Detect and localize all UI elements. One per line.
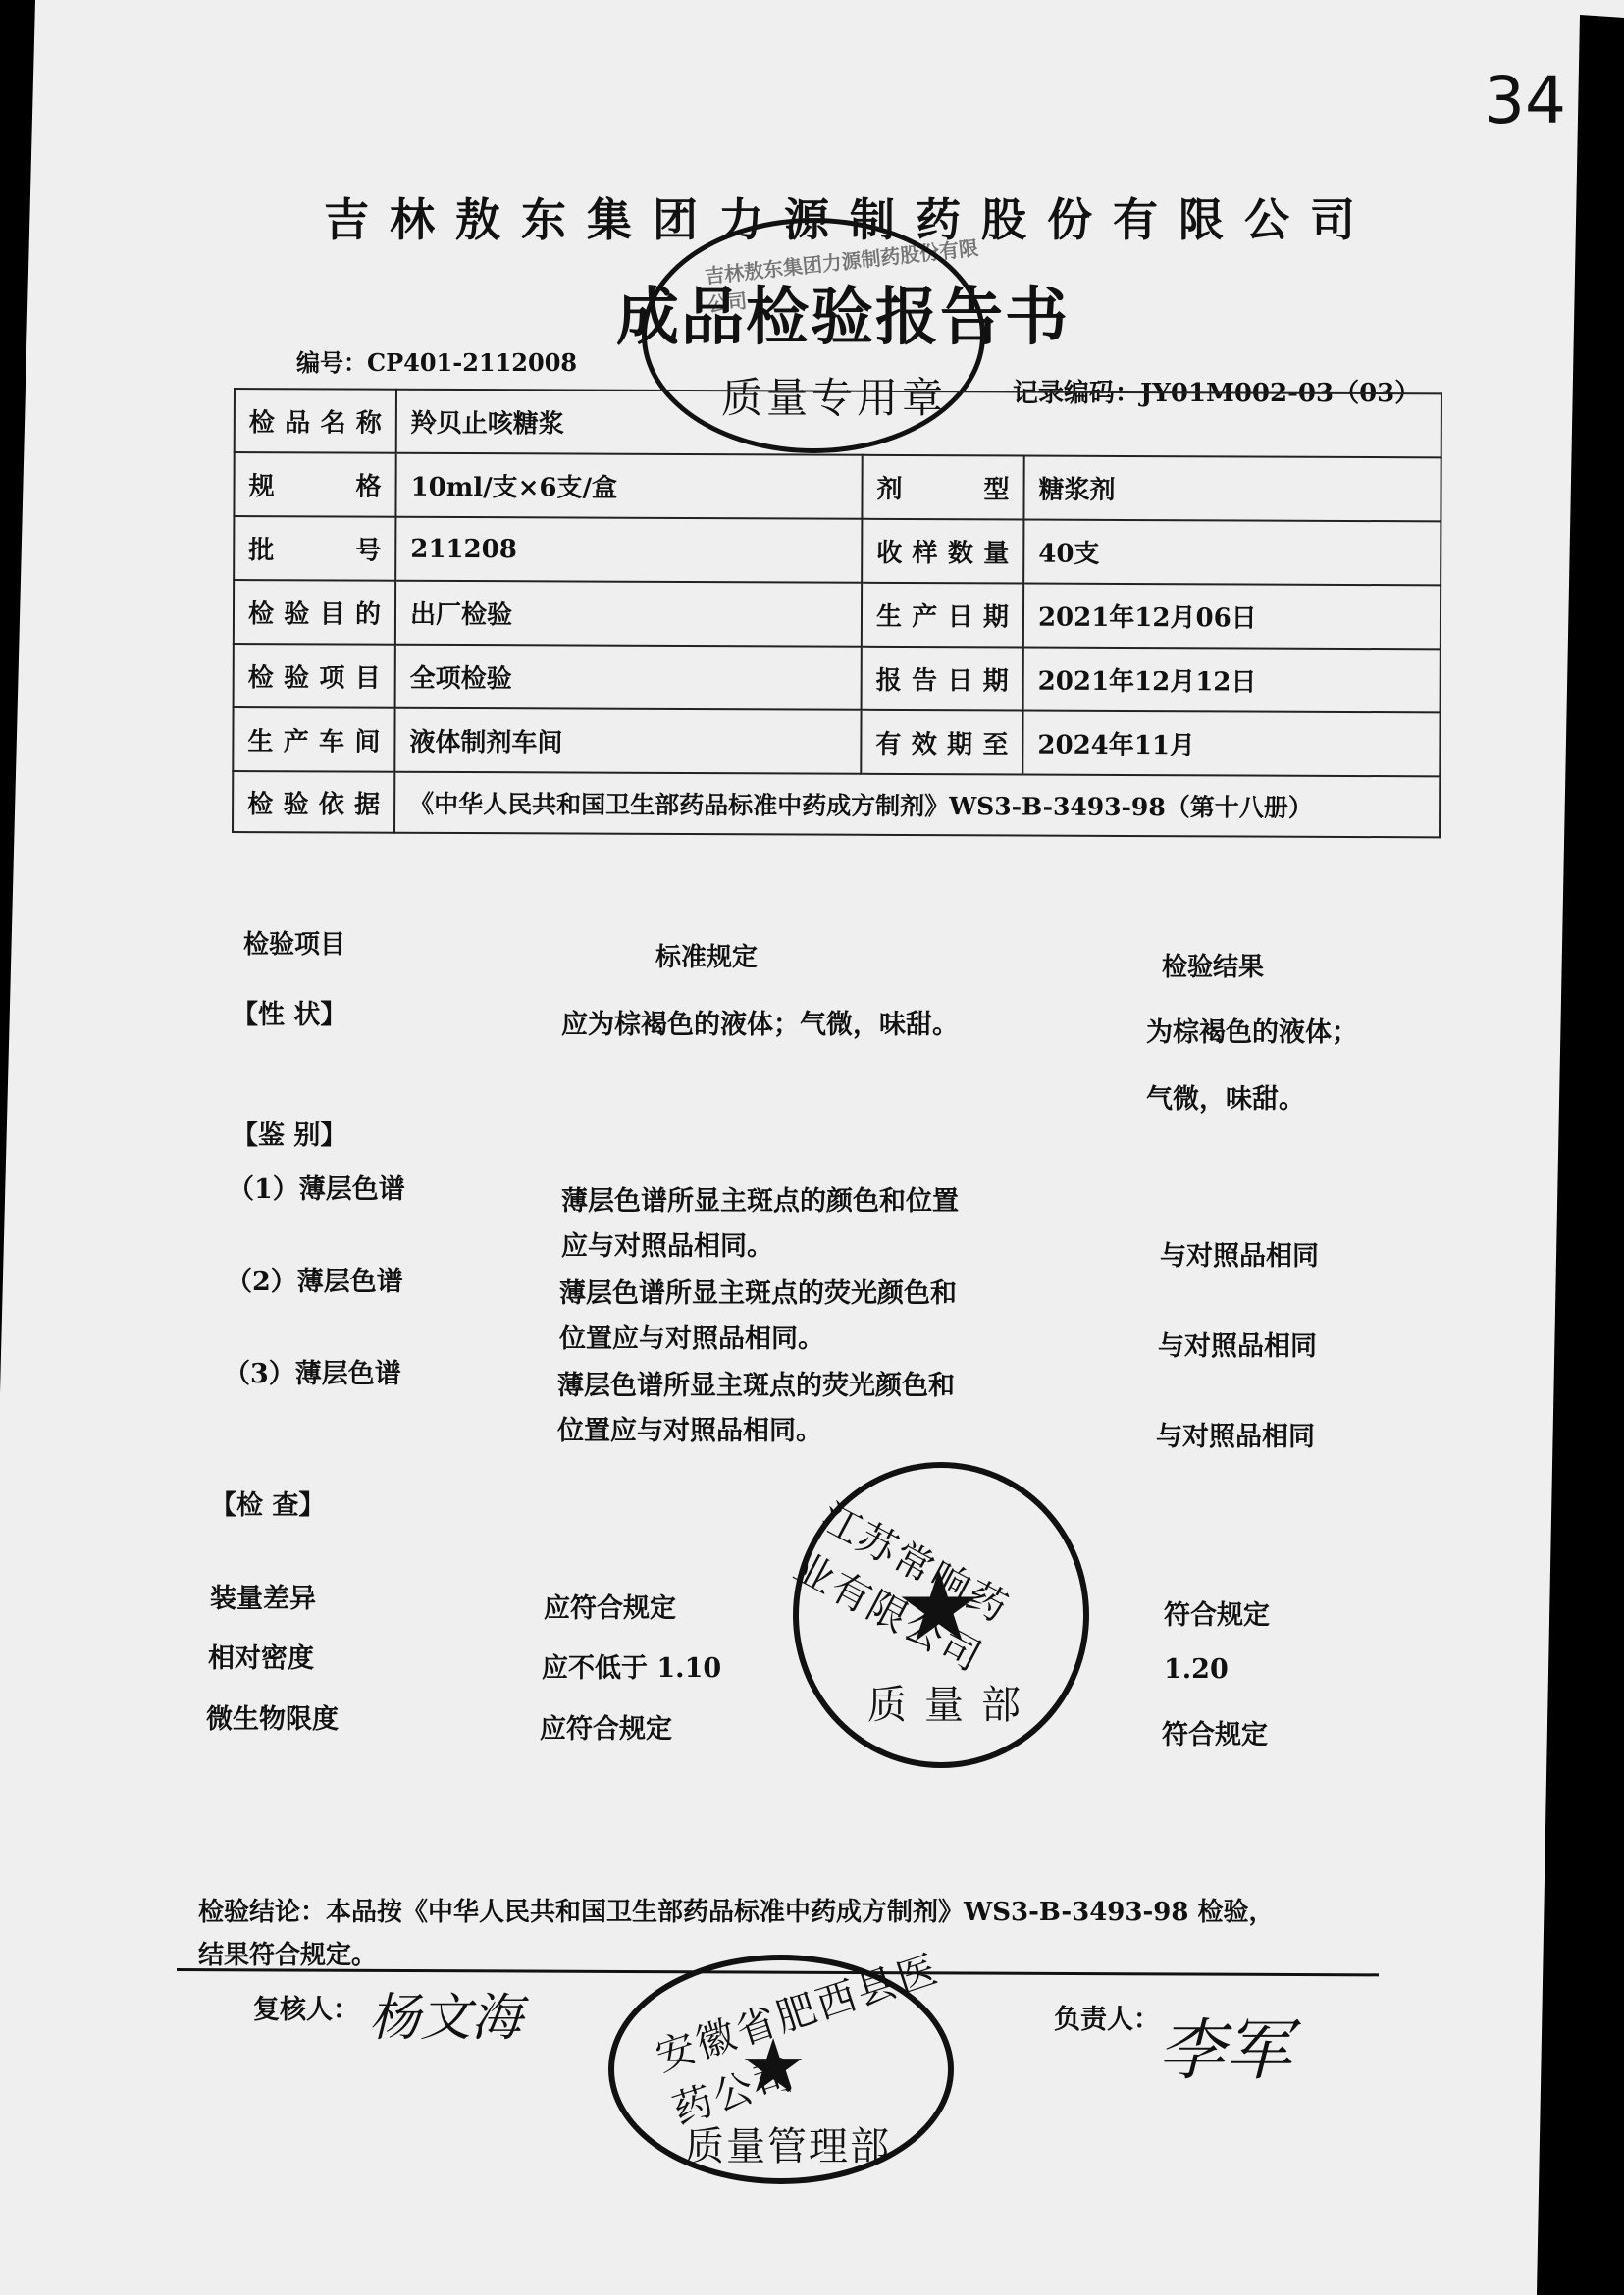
ident-2-item: （2）薄层色谱 — [226, 1260, 403, 1298]
table-row: 批号 211208 收样数量 40支 — [234, 516, 1441, 585]
purpose-value: 出厂检验 — [395, 581, 862, 647]
col-header-standard: 标准规定 — [655, 937, 758, 973]
batch-value: 211208 — [395, 517, 862, 583]
spec-label: 规格 — [234, 452, 395, 517]
section-appearance: 【性 状】 — [232, 993, 346, 1031]
inspect-3-item: 微生物限度 — [206, 1697, 339, 1736]
ident-1-result: 与对照品相同 — [1160, 1234, 1319, 1273]
appearance-standard: 应为棕褐色的液体；气微，味甜。 — [561, 1003, 959, 1041]
doc-number: 编号：CP401-2112008 — [296, 343, 577, 378]
product-name-value: 羚贝止咳糖浆 — [396, 390, 1441, 458]
ident-2-result: 与对照品相同 — [1158, 1325, 1317, 1363]
doc-number-value: CP401-2112008 — [367, 348, 577, 377]
inspect-1-result: 符合规定 — [1164, 1593, 1270, 1632]
items-value: 全项检验 — [395, 645, 862, 710]
section-inspection: 【检 查】 — [210, 1484, 325, 1522]
col-header-item: 检验项目 — [243, 924, 345, 961]
basis-value: 《中华人民共和国卫生部药品标准中药成方制剂》WS3-B-3493-98（第十八册… — [394, 772, 1440, 838]
ident-2-standard-line2: 位置应与对照品相同。 — [559, 1317, 824, 1355]
table-row: 规格 10ml/支×6支/盒 剂型 糖浆剂 — [234, 452, 1441, 521]
stamp-bottom-text: 质量管理部 — [685, 2115, 891, 2171]
inspect-2-result: 1.20 — [1164, 1654, 1229, 1685]
table-row: 检验项目 全项检验 报告日期 2021年12月12日 — [234, 644, 1441, 712]
table-row: 生产车间 液体制剂车间 有效期至 2024年11月 — [233, 707, 1440, 776]
expiry-value: 2024年11月 — [1022, 711, 1440, 777]
report-date-value: 2021年12月12日 — [1023, 648, 1441, 713]
expiry-label: 有效期至 — [861, 710, 1022, 775]
col-header-result: 检验结果 — [1162, 947, 1264, 983]
supplier-quality-stamp: 江苏常响药业有限公司 ★ 质量部 — [793, 1462, 1089, 1768]
stamp-bottom-text: 质量部 — [867, 1674, 1038, 1730]
inspect-1-standard: 应符合规定 — [544, 1587, 676, 1625]
dosage-form-label: 剂型 — [862, 455, 1023, 520]
appearance-result-line1: 为棕褐色的液体； — [1146, 1011, 1358, 1049]
prod-date-value: 2021年12月06日 — [1023, 584, 1441, 650]
workshop-value: 液体制剂车间 — [394, 708, 861, 774]
stamp-arc-text: 安徽省肥西县医药公司 — [648, 1936, 968, 2135]
items-label: 检验项目 — [234, 644, 395, 708]
sample-qty-label: 收样数量 — [862, 519, 1023, 584]
dosage-form-value: 糖浆剂 — [1023, 456, 1441, 522]
document-page: 34 吉林敖东集团力源制药股份有限公司 成品检验报告书 编号：CP401-211… — [0, 0, 1624, 2295]
product-name-label: 检品名称 — [235, 389, 396, 453]
ident-2-standard-line1: 薄层色谱所显主斑点的荧光颜色和 — [559, 1272, 957, 1310]
table-row: 检验目的 出厂检验 生产日期 2021年12月06日 — [234, 580, 1441, 649]
star-icon: ★ — [740, 2029, 807, 2104]
ident-1-standard-line2: 应与对照品相同。 — [561, 1225, 773, 1263]
ident-3-result: 与对照品相同 — [1156, 1415, 1315, 1453]
batch-label: 批号 — [234, 516, 395, 581]
manager-label: 负责人： — [1054, 1998, 1160, 2036]
report-date-label: 报告日期 — [862, 647, 1023, 711]
table-row: 检验依据 《中华人民共和国卫生部药品标准中药成方制剂》WS3-B-3493-98… — [233, 771, 1440, 837]
ident-1-standard-line1: 薄层色谱所显主斑点的颜色和位置 — [561, 1179, 959, 1218]
table-row: 检品名称 羚贝止咳糖浆 — [235, 389, 1441, 457]
reviewer-signature: 杨文海 — [369, 1976, 522, 2050]
inspect-2-standard: 应不低于 1.10 — [542, 1646, 721, 1685]
star-icon: ★ — [895, 1558, 983, 1656]
basis-label: 检验依据 — [233, 771, 394, 833]
purpose-label: 检验目的 — [234, 580, 395, 645]
ident-3-item: （3）薄层色谱 — [224, 1352, 401, 1390]
product-info-table: 检品名称 羚贝止咳糖浆 规格 10ml/支×6支/盒 剂型 糖浆剂 批号 211… — [232, 388, 1442, 838]
ident-3-standard-line1: 薄层色谱所显主斑点的荧光颜色和 — [557, 1364, 955, 1402]
conclusion-line2: 结果符合规定。 — [198, 1935, 377, 1971]
ident-1-item: （1）薄层色谱 — [228, 1168, 405, 1206]
stamp-arc-text: 吉林敖东集团力源制药股份有限公司 — [704, 233, 983, 318]
sample-qty-value: 40支 — [1023, 520, 1441, 586]
inspect-2-item: 相对密度 — [208, 1637, 314, 1675]
workshop-label: 生产车间 — [233, 707, 394, 772]
ident-3-standard-line2: 位置应与对照品相同。 — [557, 1409, 822, 1447]
conclusion-line1: 检验结论：本品按《中华人民共和国卫生部药品标准中药成方制剂》WS3-B-3493… — [198, 1892, 1275, 1928]
inspect-3-result: 符合规定 — [1162, 1713, 1268, 1751]
inspect-1-item: 装量差异 — [210, 1577, 316, 1615]
page-mark: 34 — [1484, 63, 1566, 138]
inspect-3-standard: 应符合规定 — [540, 1707, 672, 1746]
manager-signature: 李军 — [1158, 1998, 1291, 2093]
appearance-result-line2: 气微，味甜。 — [1146, 1077, 1305, 1116]
spec-value: 10ml/支×6支/盒 — [395, 453, 862, 519]
section-identification: 【鉴 别】 — [232, 1114, 346, 1152]
prod-date-label: 生产日期 — [862, 583, 1023, 648]
distributor-quality-stamp: 安徽省肥西县医药公司 ★ 质量管理部 — [608, 1955, 954, 2184]
reviewer-label: 复核人： — [253, 1988, 359, 2026]
doc-number-label: 编号： — [296, 348, 367, 377]
